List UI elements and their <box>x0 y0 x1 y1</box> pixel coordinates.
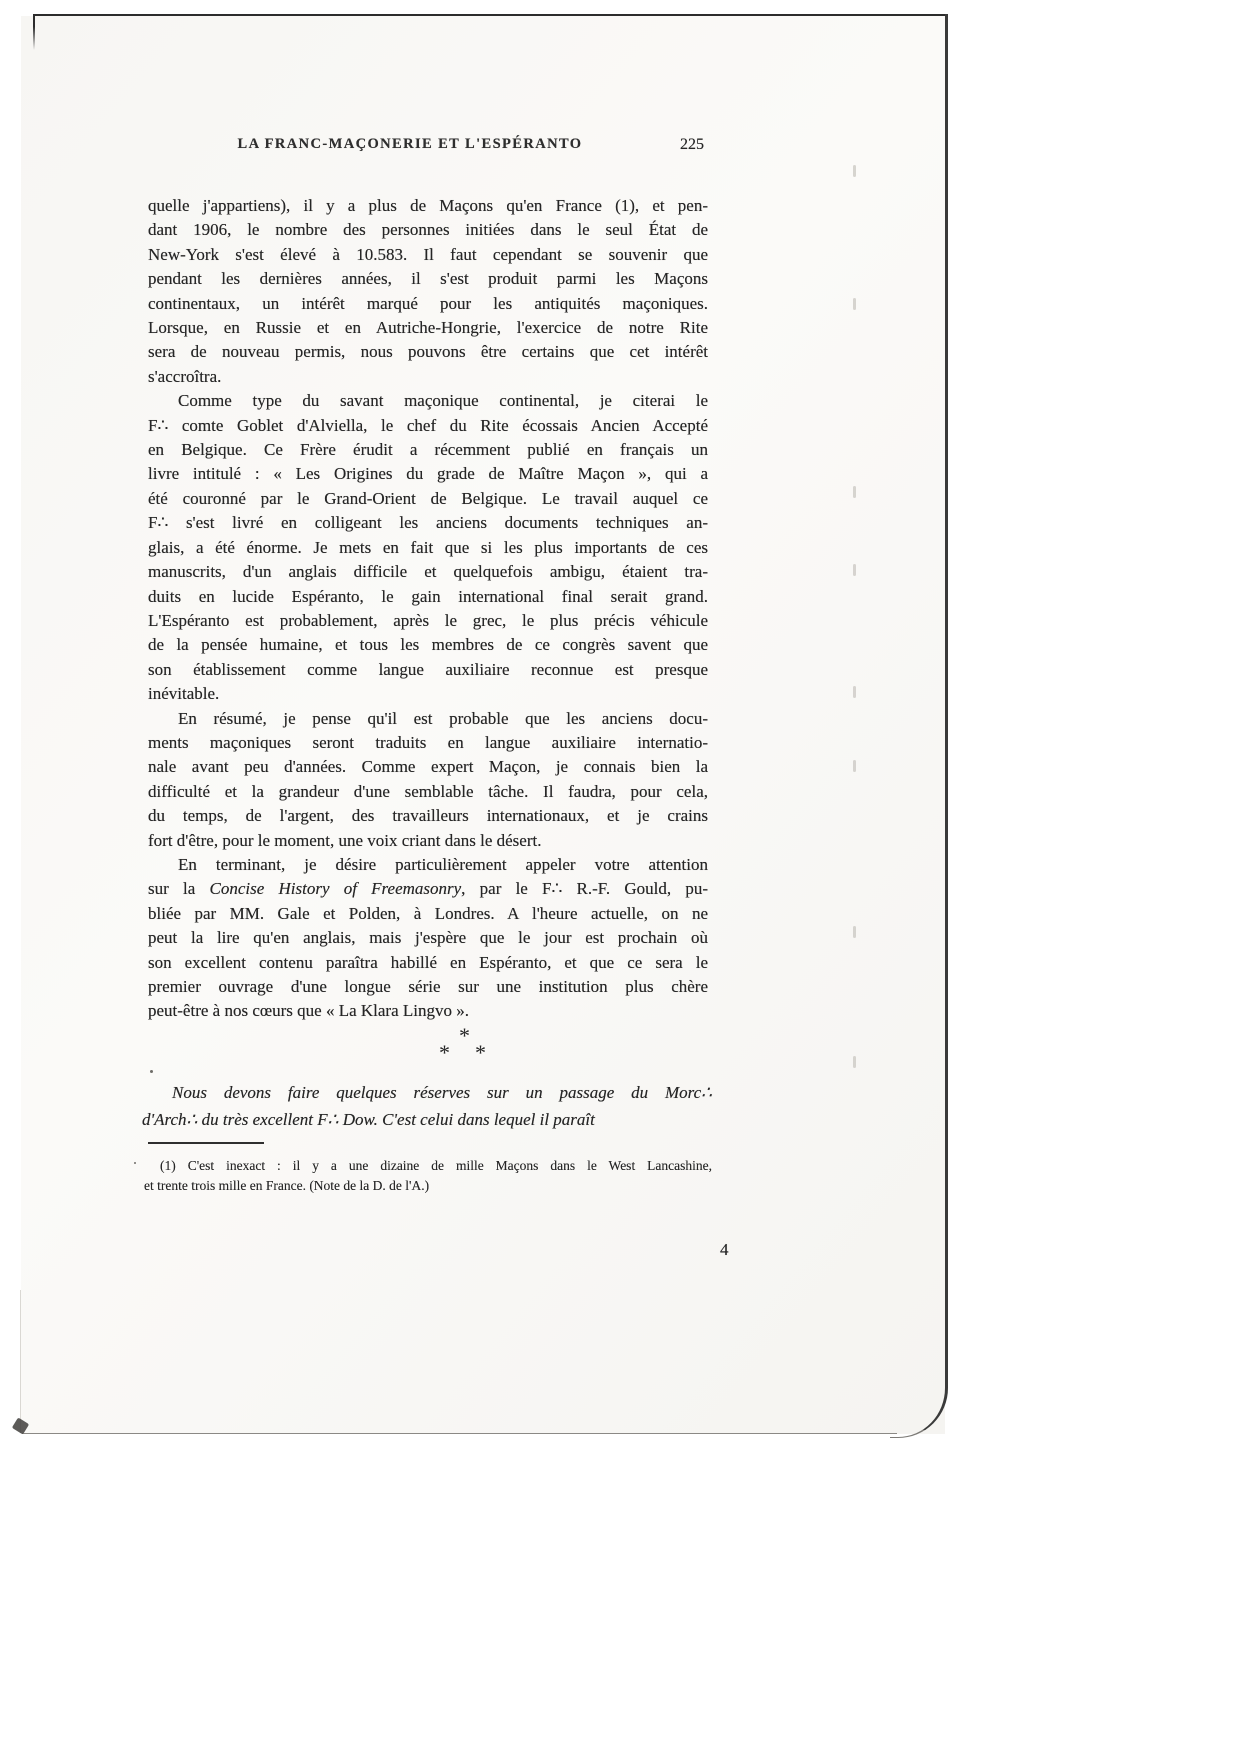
text-line: été couronné par le Grand-Orient de Belg… <box>148 487 708 511</box>
asterisk-icon: * <box>439 1043 450 1063</box>
scan-artifact-bleed <box>853 298 856 310</box>
running-head: LA FRANC-MAÇONERIE ET L'ESPÉRANTO 225 <box>148 136 708 162</box>
text-line: Nous devons faire quelques réserves sur … <box>142 1080 712 1107</box>
text-line: ments maçoniques seront traduits en lang… <box>148 731 708 755</box>
text-line: pendant les dernières années, il s'est p… <box>148 267 708 291</box>
footnote: (1) C'est inexact : il y a une dizaine d… <box>144 1156 712 1196</box>
text-line: continentaux, un intérêt marqué pour les… <box>148 292 708 316</box>
text-line: manuscrits, d'un anglais difficile et qu… <box>148 560 708 584</box>
text-line: F∴ s'est livré en colligeant les anciens… <box>148 511 708 535</box>
scan-edge-top <box>33 14 947 16</box>
text-line: dant 1906, le nombre des personnes initi… <box>148 218 708 242</box>
text-line: New-York s'est élevé à 10.583. Il faut c… <box>148 243 708 267</box>
paragraph: Comme type du savant maçonique continent… <box>148 389 708 706</box>
text-line: quelle j'appartiens), il y a plus de Maç… <box>148 194 708 218</box>
page-title: LA FRANC-MAÇONERIE ET L'ESPÉRANTO <box>148 136 672 153</box>
text-line: en Belgique. Ce Frère érudit a récemment… <box>148 438 708 462</box>
text-line: sera de nouveau permis, nous pouvons êtr… <box>148 340 708 364</box>
asterisk-icon: * <box>475 1043 486 1063</box>
asterism-separator: * * * <box>433 1026 495 1076</box>
text-line: (1) C'est inexact : il y a une dizaine d… <box>144 1156 712 1176</box>
scan-edge-top-left-hook <box>33 14 35 50</box>
text-line: peut-être à nos cœurs que « La Klara Lin… <box>148 999 708 1023</box>
paragraph: En terminant, je désire particulièrement… <box>148 853 708 1024</box>
text-line: de la pensée humaine, et tous les membre… <box>148 633 708 657</box>
scan-edge-left <box>20 1290 21 1433</box>
footer-page-number: 4 <box>720 1240 729 1260</box>
text-line: inévitable. <box>148 682 708 706</box>
text-line: livre intitulé : « Les Origines du grade… <box>148 462 708 486</box>
text-line: du temps, de l'argent, des travailleurs … <box>148 804 708 828</box>
text-line: En résumé, je pense qu'il est probable q… <box>148 707 708 731</box>
text-line: L'Espéranto est probablement, après le g… <box>148 609 708 633</box>
text-line: Comme type du savant maçonique continent… <box>148 389 708 413</box>
scan-artifact-bleed <box>853 165 856 177</box>
scan-artifact-bleed <box>853 564 856 576</box>
scan-artifact-bleed <box>853 486 856 498</box>
scan-artifact-bleed <box>853 1056 856 1068</box>
text-line: nale avant peu d'années. Comme expert Ma… <box>148 755 708 779</box>
scanned-page: { "colors": { "ink": "#2a2a2a", "paper":… <box>0 0 1240 1753</box>
scan-artifact-bleed <box>853 926 856 938</box>
text-line: duits en lucide Espéranto, le gain inter… <box>148 585 708 609</box>
scan-artifact-bleed <box>853 760 856 772</box>
scan-edge-bottom <box>22 1433 897 1434</box>
paragraph: quelle j'appartiens), il y a plus de Maç… <box>148 194 708 389</box>
text-line: son excellent contenu paraîtra habillé e… <box>148 951 708 975</box>
scan-artifact-bleed <box>853 686 856 698</box>
text-line: peut la lire qu'en anglais, mais j'espèr… <box>148 926 708 950</box>
text-line: premier ouvrage d'une longue série sur u… <box>148 975 708 999</box>
text-line: glais, a été énorme. Je mets en fait que… <box>148 536 708 560</box>
text-line: son établissement comme langue auxiliair… <box>148 658 708 682</box>
scan-edge-right <box>890 14 948 1438</box>
text-line: En terminant, je désire particulièrement… <box>148 853 708 877</box>
text-line: d'Arch∴ du très excellent F∴ Dow. C'est … <box>142 1107 712 1134</box>
italic-passage: Nous devons faire quelques réserves sur … <box>142 1080 712 1133</box>
text-line: bliée par MM. Gale et Polden, à Londres.… <box>148 902 708 926</box>
header-page-number: 225 <box>680 136 704 154</box>
footnote-rule <box>148 1142 264 1144</box>
text-line: sur la Concise History of Freemasonry, p… <box>148 877 708 901</box>
scan-artifact-dot <box>134 1162 136 1164</box>
asterisk-icon: * <box>459 1026 470 1046</box>
paragraph: En résumé, je pense qu'il est probable q… <box>148 707 708 853</box>
scan-artifact-dot <box>150 1070 153 1073</box>
text-line: s'accroîtra. <box>148 365 708 389</box>
body-text: quelle j'appartiens), il y a plus de Maç… <box>148 194 708 1024</box>
text-line: F∴ comte Goblet d'Alviella, le chef du R… <box>148 414 708 438</box>
text-line: difficulté et la grandeur d'une semblabl… <box>148 780 708 804</box>
text-line: et trente trois mille en France. (Note d… <box>144 1176 712 1196</box>
text-line: fort d'être, pour le moment, une voix cr… <box>148 829 708 853</box>
text-line: Lorsque, en Russie et en Autriche-Hongri… <box>148 316 708 340</box>
